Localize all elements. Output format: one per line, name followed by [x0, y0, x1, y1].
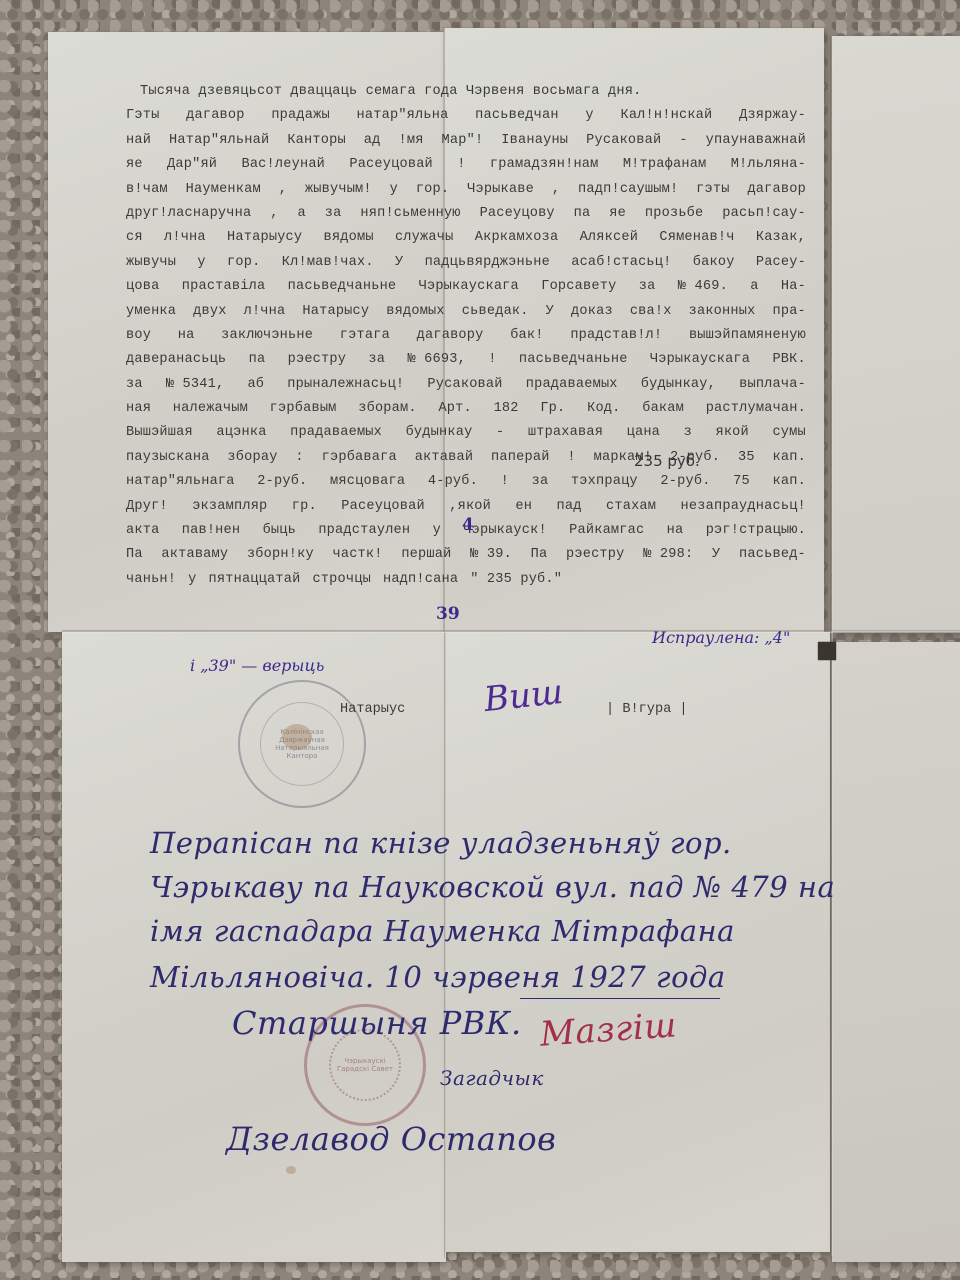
- typed-word: Друг!: [126, 495, 168, 519]
- typed-word: за: [325, 202, 342, 226]
- typed-word: экзампляр: [192, 495, 267, 519]
- typed-word: 4-руб.: [428, 470, 478, 494]
- typed-word: падцьвярджэньне: [425, 251, 550, 275]
- typed-word: за: [639, 275, 656, 299]
- typed-word: будынкау,: [641, 373, 716, 397]
- typed-line: чаньн!упятнаццатайстрочцынадп!сана" 235 …: [126, 568, 806, 592]
- typed-word: растлумачан.: [706, 397, 806, 421]
- typed-word: вядомых: [386, 300, 445, 324]
- typed-word: Чэрыкаускага: [419, 275, 519, 299]
- typed-word: № 39.: [470, 543, 512, 567]
- typed-word: № 469.: [678, 275, 728, 299]
- typed-word: Акркамхоза: [475, 226, 559, 250]
- typed-word: !: [488, 348, 496, 372]
- typed-word: доказ: [571, 300, 613, 324]
- typed-word: за: [368, 348, 385, 372]
- typed-word: Канторы: [287, 129, 346, 153]
- typed-word: 182: [494, 397, 519, 421]
- typed-word: Па: [531, 543, 548, 567]
- registry-digit-annotation: 39: [436, 604, 460, 624]
- typed-line: цовапраставілапасьведчаньнеЧэрыкаускагаГ…: [126, 275, 806, 299]
- typed-word: на: [667, 519, 684, 543]
- typed-word: двух: [193, 300, 226, 324]
- typed-line: друг!ласнаручна,азаняп!сьменнуюРасеуцову…: [126, 202, 806, 226]
- typed-word: даверанасьць: [126, 348, 226, 372]
- typed-word: Натарыусу: [227, 226, 302, 250]
- typed-line: найНатар"яльнайКанторыад!мяМар"!Іванауны…: [126, 129, 806, 153]
- typed-word: ад: [364, 129, 381, 153]
- typed-word: на: [178, 324, 195, 348]
- typed-word: цана: [627, 421, 660, 445]
- typed-word: Чэрыкауск!: [463, 519, 547, 543]
- panel-edge-bottom: [832, 642, 960, 1262]
- typed-word: най: [126, 129, 151, 153]
- typed-line: жывучыугор.Кл!мав!чах.Упадцьвярджэньнеас…: [126, 251, 806, 275]
- typed-line: яеДар"яйВас!леунайРасеуцовай!грамадзян!н…: [126, 153, 806, 177]
- typed-word: пав!нен: [182, 519, 241, 543]
- typed-word: Гр.: [540, 397, 565, 421]
- typed-word: законных: [689, 300, 756, 324]
- typed-word: 35: [738, 446, 755, 470]
- typed-word: Расеу-: [756, 251, 806, 275]
- typed-line: наяналежачымгэрбавымзборам.Арт.182Гр.Код…: [126, 397, 806, 421]
- typed-word: Чэрыкаве: [467, 178, 534, 202]
- typed-word: № 6693,: [407, 348, 466, 372]
- typed-word: 75: [733, 470, 750, 494]
- typed-word: тэхпрацу: [571, 470, 638, 494]
- typed-word: кап.: [773, 446, 806, 470]
- typed-word: прыналежнасьц!: [287, 373, 404, 397]
- typed-word: акта: [126, 519, 159, 543]
- typed-word: першай: [401, 543, 451, 567]
- typed-word: гр.: [292, 495, 317, 519]
- stain: [286, 1166, 296, 1174]
- typed-word: натар"яльнага: [126, 470, 235, 494]
- clerk-signature: Дзелавод Остапов: [226, 1120, 556, 1158]
- typed-word: рэестру: [566, 543, 625, 567]
- typed-line: Тысяча дзевяцьсот дваццаць семага года Ч…: [126, 80, 806, 104]
- typed-word: Русаковай: [427, 373, 502, 397]
- typed-word: пасьвед-: [739, 543, 806, 567]
- typed-word: вышэйпамяненую: [689, 324, 806, 348]
- typed-word: -: [679, 129, 687, 153]
- typed-word: у: [433, 519, 441, 543]
- typed-line: паузысканазборау:гэрбавагаактавайпаперай…: [126, 446, 806, 470]
- typed-word: :: [295, 446, 303, 470]
- typed-word: Расеуцовай: [349, 153, 433, 177]
- typed-word: прозьбе: [645, 202, 704, 226]
- typed-word: упаунаважнай: [706, 129, 806, 153]
- panel-edge-top: [832, 36, 960, 632]
- typed-word: падп!саушым!: [578, 178, 678, 202]
- clerk-label: Загадчык: [440, 1066, 544, 1090]
- typed-word: пасьведчаньне: [288, 275, 397, 299]
- typed-word: штрахавая: [528, 421, 603, 445]
- typed-word: рэестру: [288, 348, 347, 372]
- typed-word: гэрбавага: [322, 446, 397, 470]
- typed-word: а: [298, 202, 306, 226]
- typed-word: Чэрыкаускага: [650, 348, 750, 372]
- typed-word: гэты: [696, 178, 729, 202]
- typed-word: Па: [126, 543, 143, 567]
- typed-word: ся: [126, 226, 143, 250]
- price-insert-annotation: 235 руб.: [634, 452, 700, 470]
- typed-line: даверанасьцьпарэеструза№ 6693,!пасьведча…: [126, 348, 806, 372]
- typed-word: Натарысу: [302, 300, 369, 324]
- typed-word: незапрауднасьц!: [681, 495, 806, 519]
- typed-word: якой: [715, 421, 748, 445]
- typed-word: У: [395, 251, 403, 275]
- typed-word: выплача-: [739, 373, 806, 397]
- typed-line: Гэтыдагаворпрадажынатар"яльнапасьведчану…: [126, 104, 806, 128]
- typed-word: вядомы: [324, 226, 374, 250]
- typed-word: бак!: [510, 324, 543, 348]
- typed-word: !: [457, 153, 465, 177]
- typed-word: натар"яльна: [357, 104, 449, 128]
- typed-word: зборн!ку: [247, 543, 314, 567]
- typed-word: а: [750, 275, 758, 299]
- typed-word: жывучы: [126, 251, 176, 275]
- typed-word: ная: [126, 397, 151, 421]
- typed-word: прадстаулен: [318, 519, 410, 543]
- registration-note-line2: Чэрыкаву па Науковской вул. пад № 479 на: [150, 870, 835, 904]
- typed-line: натар"яльнага2-руб.мясцовага4-руб.!затэх…: [126, 470, 806, 494]
- typed-word: Мар"!: [442, 129, 484, 153]
- typed-word: Науменкам: [186, 178, 261, 202]
- typed-word: яе: [126, 153, 143, 177]
- typed-word: чаньн!: [126, 568, 176, 592]
- typed-word: у: [197, 251, 205, 275]
- typed-word: 2-руб.: [660, 470, 710, 494]
- typed-word: цова: [126, 275, 159, 299]
- notary-stamp: Калінінская Дзяржаўная Натарыяльная Кант…: [238, 680, 366, 808]
- typed-word: частк!: [332, 543, 382, 567]
- typed-line: воуназаключэньнегэтагадагаворубак!прадст…: [126, 324, 806, 348]
- fee-digit-annotation: 4: [462, 515, 474, 535]
- typed-word: гэтага: [340, 324, 390, 348]
- typed-word: Арт.: [438, 397, 471, 421]
- typed-word: РВК.: [772, 348, 805, 372]
- typed-line: Паактавамузборн!кучастк!першай№ 39.Парэе…: [126, 543, 806, 567]
- typed-word: Расеуцовай: [341, 495, 425, 519]
- watermark: www.ay.by: [889, 1262, 952, 1276]
- typed-word: за: [532, 470, 549, 494]
- official-title: Старшыня РВК.: [232, 1004, 522, 1042]
- typed-word: мясцовага: [330, 470, 405, 494]
- notary-label: Натарыус: [340, 702, 405, 717]
- typed-word: № 298:: [643, 543, 693, 567]
- typed-word: л!чна: [244, 300, 286, 324]
- typed-word: На-: [781, 275, 806, 299]
- fold-horizontal: [62, 630, 960, 633]
- correction-note-line2: і „39" — верыць: [190, 656, 324, 675]
- typed-word: гэрбавым: [270, 397, 337, 421]
- typed-word: Дзяржау-: [739, 104, 806, 128]
- typed-word: Аляксей: [580, 226, 639, 250]
- typed-word: ,: [270, 202, 278, 226]
- typed-word: М!льляна-: [731, 153, 806, 177]
- typed-word: Дар"яй: [167, 153, 217, 177]
- typed-word: дагавору: [417, 324, 484, 348]
- typed-word: зборам.: [358, 397, 417, 421]
- typed-word: прадажы: [271, 104, 330, 128]
- typed-word: " 235 руб.": [470, 568, 562, 592]
- typed-word: актаваму: [161, 543, 228, 567]
- typed-word: !: [567, 446, 575, 470]
- registration-note-line1: Перапісан па кнізе уладзеньняў гор.: [150, 826, 732, 860]
- typed-word: в!чам: [126, 178, 168, 202]
- typed-word: пасьведчан: [475, 104, 559, 128]
- typed-word: гор.: [416, 178, 449, 202]
- typed-word: сва!х: [630, 300, 672, 324]
- typed-word: пра-: [772, 300, 805, 324]
- typed-word: асаб!стасьц!: [571, 251, 671, 275]
- typed-word: бакоу: [693, 251, 735, 275]
- typed-word: Горсавету: [541, 275, 616, 299]
- typed-word: дагавор: [747, 178, 806, 202]
- typed-word: !: [501, 470, 509, 494]
- typed-word: ,: [279, 178, 287, 202]
- typed-word: грамадзян!нам: [490, 153, 599, 177]
- typed-word: ацэнка: [216, 421, 266, 445]
- typed-word: сьведак.: [462, 300, 529, 324]
- typed-word: дагавор: [186, 104, 245, 128]
- typed-word: заключэньне: [221, 324, 313, 348]
- typed-word: л!чна: [164, 226, 206, 250]
- typed-word: Іванауны: [501, 129, 568, 153]
- typed-word: прадаваемых: [526, 373, 618, 397]
- typed-word: служачы: [395, 226, 454, 250]
- typed-word: Код.: [587, 397, 620, 421]
- underline-mark: [520, 998, 720, 999]
- typed-word: Натар"яльнай: [169, 129, 269, 153]
- typed-line: Вышэйшаяацэнкапрадаваемыхбудынкау-штраха…: [126, 421, 806, 445]
- typed-word: Вышэйшая: [126, 421, 193, 445]
- typed-word: гор.: [227, 251, 260, 275]
- typed-word: надп!сана: [383, 568, 458, 592]
- typed-word: ,: [552, 178, 560, 202]
- typed-word: Гэты: [126, 104, 159, 128]
- typed-word: быць: [263, 519, 296, 543]
- typed-word: друг!ласнаручна: [126, 202, 251, 226]
- typed-word: Расеуцову: [480, 202, 555, 226]
- typed-word: яе: [609, 202, 626, 226]
- typed-word: Кал!н!нскай: [620, 104, 712, 128]
- typed-word: -: [496, 421, 504, 445]
- typed-word: У: [546, 300, 554, 324]
- typed-word: няп!сьменную: [360, 202, 460, 226]
- typed-word: аб: [247, 373, 264, 397]
- typed-word: прадаваемых: [290, 421, 382, 445]
- typed-word: воу: [126, 324, 151, 348]
- typed-word: уменка: [126, 300, 176, 324]
- notary-signature: Виш: [482, 672, 565, 720]
- typed-word: належачым: [173, 397, 248, 421]
- signature-caption: | В!гура |: [606, 702, 688, 717]
- registration-note-line4: Мільляновіча. 10 чэрвеня 1927 года: [150, 960, 726, 994]
- typed-word: № 5341,: [166, 373, 225, 397]
- typed-line: сял!чнаНатарыусувядомыслужачыАкркамхозаА…: [126, 226, 806, 250]
- typed-word: ен: [515, 495, 532, 519]
- typed-word: жывучым!: [305, 178, 372, 202]
- typed-word: Тысяча дзевяцьсот дваццаць семага года Ч…: [140, 80, 641, 104]
- typed-word: стахам: [606, 495, 656, 519]
- typed-word: расьп!сау-: [722, 202, 806, 226]
- typed-word: па: [249, 348, 266, 372]
- typed-word: актавай: [415, 446, 474, 470]
- typed-word: Русаковай: [586, 129, 661, 153]
- typed-word: пад: [557, 495, 582, 519]
- typed-line: уменкадвухл!чнаНатарысувядомыхсьведак.Уд…: [126, 300, 806, 324]
- typed-word: сумы: [772, 421, 805, 445]
- typed-word: за: [126, 373, 143, 397]
- typed-word: паузыскана: [126, 446, 210, 470]
- typed-word: паперай: [491, 446, 550, 470]
- typed-word: у: [390, 178, 398, 202]
- typed-word: строчцы: [312, 568, 371, 592]
- typed-word: пятнаццатай: [209, 568, 301, 592]
- typed-word: Кл!мав!чах.: [282, 251, 374, 275]
- typed-word: М!трафанам: [623, 153, 707, 177]
- typed-word: !мя: [398, 129, 423, 153]
- typed-word: 2-руб.: [257, 470, 307, 494]
- typed-word: У: [712, 543, 720, 567]
- typed-word: праставіла: [182, 275, 266, 299]
- typed-word: у: [585, 104, 593, 128]
- typed-word: па: [574, 202, 591, 226]
- typed-word: пасьведчаньне: [519, 348, 628, 372]
- typed-word: бакам: [642, 397, 684, 421]
- typed-line: в!чамНауменкам,жывучым!угор.Чэрыкаве,пад…: [126, 178, 806, 202]
- typed-word: з: [684, 421, 692, 445]
- typed-word: Сяменав!ч: [659, 226, 734, 250]
- typed-line: за№ 5341,абпрыналежнасьц!Русаковайпрадав…: [126, 373, 806, 397]
- typed-word: прадстав!л!: [570, 324, 662, 348]
- typed-word: у: [188, 568, 196, 592]
- typed-word: рэг!страцыю.: [706, 519, 806, 543]
- notary-stamp-text: Калінінская Дзяржаўная Натарыяльная Кант…: [260, 702, 344, 786]
- registration-note-line3: імя гаспадара Науменка Мітрафана: [150, 914, 735, 948]
- typed-word: зборау: [227, 446, 277, 470]
- typed-word: Вас!леунай: [241, 153, 325, 177]
- typed-word: Райкамгас: [569, 519, 644, 543]
- typed-word: Казак,: [756, 226, 806, 250]
- correction-note-line1: Испраулена: „4": [652, 628, 790, 647]
- typed-word: кап.: [773, 470, 806, 494]
- typed-word: будынкау: [406, 421, 473, 445]
